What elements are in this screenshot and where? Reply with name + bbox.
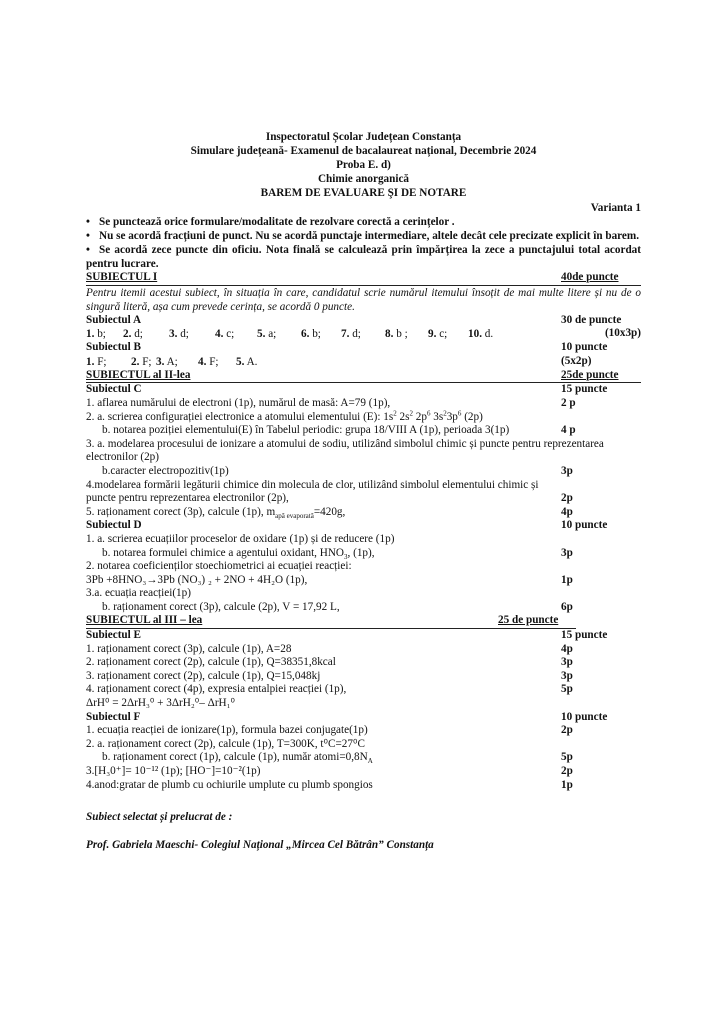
answer-item: 6. b;: [301, 327, 341, 341]
subiect-b-answers: 1. F;2. F;3. A;4. F;5. A.: [86, 355, 561, 369]
subiect-f-points: 10 puncte: [561, 711, 641, 725]
subiect-d-points: 10 puncte: [561, 519, 641, 533]
bullet-icon: •: [86, 229, 99, 243]
answer-item: 1. F;: [86, 355, 131, 369]
header-barem-title: BAREM DE EVALUARE ŞI DE NOTARE: [86, 186, 641, 200]
subiect-a-points: 30 de puncte: [561, 314, 641, 328]
rule-2: •Nu se acordă fracțiuni de punct. Nu se …: [86, 229, 641, 243]
subiect-f-heading: Subiectul F 10 puncte: [86, 711, 641, 725]
answer-item: 5. a;: [257, 327, 301, 341]
item-e2: 2. raționament corect (2p), calcule (1p)…: [86, 656, 641, 670]
item-d2-equation: 3Pb +8HNO₃→3Pb (NO₃) ₂ + 2NO + 4H₂O (1p)…: [86, 574, 641, 588]
subiect-a-answers-row: 1. b;2. d;3. d;4. c;5. a;6. b;7. d;8. b …: [86, 327, 641, 341]
item-c4: 4.modelarea formării legăturii chimice d…: [86, 479, 641, 506]
footer-selected-by: Subiect selectat și prelucrat de :: [86, 810, 641, 824]
bullet-icon: •: [86, 243, 99, 257]
item-d2: 2. notarea coeficienților stoechiometric…: [86, 560, 641, 574]
answer-item: 9. c;: [428, 327, 468, 341]
header-disciplina: Chimie anorganică: [86, 172, 641, 186]
item-c2a: 2. a. scrierea configurației electronice…: [86, 411, 641, 425]
subiect-b-answers-row: 1. F;2. F;3. A;4. F;5. A. (5x2p): [86, 355, 641, 369]
subiect1-title: SUBIECTUL I: [86, 271, 561, 285]
rule-3: •Se acordă zece puncte din oficiu. Nota …: [86, 243, 641, 271]
subiect3-heading: SUBIECTUL al III – lea 25 de puncte: [86, 614, 576, 629]
answer-item: 2. d;: [123, 327, 169, 341]
header-inspectorat: Inspectoratul Școlar Județean Constanța: [86, 130, 641, 144]
answer-item: 8. b ;: [385, 327, 428, 341]
item-e4: 4. raționament corect (4p), expresia ent…: [86, 683, 641, 697]
answer-item: 7. d;: [341, 327, 385, 341]
subiect1-heading: SUBIECTUL I 40de puncte: [86, 271, 641, 286]
subiect2-title: SUBIECTUL al II-lea: [86, 369, 561, 383]
item-f2b: b. raționament corect (1p), calcule (1p)…: [86, 751, 641, 765]
subiect-e-points: 15 puncte: [561, 629, 641, 643]
item-c5: 5. raționament corect (3p), calcule (1p)…: [86, 506, 641, 520]
answer-item: 5. A.: [236, 355, 276, 369]
subiect-c-title: Subiectul C: [86, 383, 561, 397]
subiect-a-detail: (10x3p): [561, 327, 641, 341]
subiect2-points: 25de puncte: [561, 369, 641, 383]
answer-item: 4. c;: [215, 327, 257, 341]
item-f2a: 2. a. raționament corect (2p), calcule (…: [86, 738, 641, 752]
bullet-icon: •: [86, 215, 99, 229]
header-proba: Proba E. d): [86, 158, 641, 172]
subiect-c-heading: Subiectul C 15 puncte: [86, 383, 641, 397]
footer-author: Prof. Gabriela Maeschi- Colegiul Naționa…: [86, 838, 641, 852]
subiect-b-title: Subiectul B: [86, 341, 561, 355]
subiect-b-detail: (5x2p): [561, 355, 641, 369]
answer-item: 3. A;: [156, 355, 198, 369]
rule-1: •Se punctează orice formulare/modalitate…: [86, 215, 641, 229]
subiect-a-title: Subiectul A: [86, 314, 561, 328]
item-f1: 1. ecuația reacției de ionizare(1p), for…: [86, 724, 641, 738]
subiect2-heading: SUBIECTUL al II-lea 25de puncte: [86, 369, 641, 384]
item-d3b: b. raționament corect (3p), calcule (2p)…: [86, 601, 641, 615]
subiect-a-answers: 1. b;2. d;3. d;4. c;5. a;6. b;7. d;8. b …: [86, 327, 561, 341]
item-e3: 3. raționament corect (2p), calcule (1p)…: [86, 670, 641, 684]
answer-item: 10. d.: [468, 327, 508, 341]
item-c2b: b. notarea poziției elementului(E) în Ta…: [86, 424, 641, 438]
subiect3-points: 25 de puncte: [498, 614, 576, 628]
barem-page: Inspectoratul Școlar Județean Constanța …: [86, 130, 641, 852]
header-simulare: Simulare județeană- Examenul de bacalaur…: [86, 144, 641, 158]
subiect-c-points: 15 puncte: [561, 383, 641, 397]
answer-item: 1. b;: [86, 327, 123, 341]
item-e1: 1. raționament corect (3p), calcule (1p)…: [86, 643, 641, 657]
item-d3a: 3.a. ecuația reacției(1p): [86, 587, 641, 601]
subiect-e-title: Subiectul E: [86, 629, 561, 643]
subiect-d-heading: Subiectul D 10 puncte: [86, 519, 641, 533]
item-c1: 1. aflarea numărului de electroni (1p), …: [86, 397, 641, 411]
subiect-d-title: Subiectul D: [86, 519, 561, 533]
subiect-f-title: Subiectul F: [86, 711, 561, 725]
subiect-b-heading: Subiectul B 10 puncte: [86, 341, 641, 355]
item-f4: 4.anod:gratar de plumb cu ochiurile umpl…: [86, 779, 641, 793]
item-c3b: b.caracter electropozitiv(1p) 3p: [86, 465, 641, 479]
varianta-label: Varianta 1: [86, 201, 641, 215]
item-e4-formula: ΔrH⁰ = 2ΔrH₃⁰ + 3ΔrH₂⁰– ΔrH₁⁰: [86, 697, 641, 711]
subiect-e-heading: Subiectul E 15 puncte: [86, 629, 641, 643]
subiect-b-points: 10 puncte: [561, 341, 641, 355]
answer-item: 3. d;: [169, 327, 215, 341]
answer-item: 2. F;: [131, 355, 156, 369]
item-c3a: 3. a. modelarea procesului de ionizare a…: [86, 438, 641, 465]
answer-item: 4. F;: [198, 355, 236, 369]
subiect1-note: Pentru itemii acestui subiect, în situaț…: [86, 286, 641, 314]
subiect-a-heading: Subiectul A 30 de puncte: [86, 314, 641, 328]
subiect3-title: SUBIECTUL al III – lea: [86, 614, 498, 628]
item-d1a: 1. a. scrierea ecuațiilor proceselor de …: [86, 533, 641, 547]
subiect1-points: 40de puncte: [561, 271, 641, 285]
item-d1b: b. notarea formulei chimice a agentului …: [86, 547, 641, 561]
item-f3: 3.[H₃0⁺]= 10⁻¹² (1p); [HO⁻]=10⁻²(1p) 2p: [86, 765, 641, 779]
